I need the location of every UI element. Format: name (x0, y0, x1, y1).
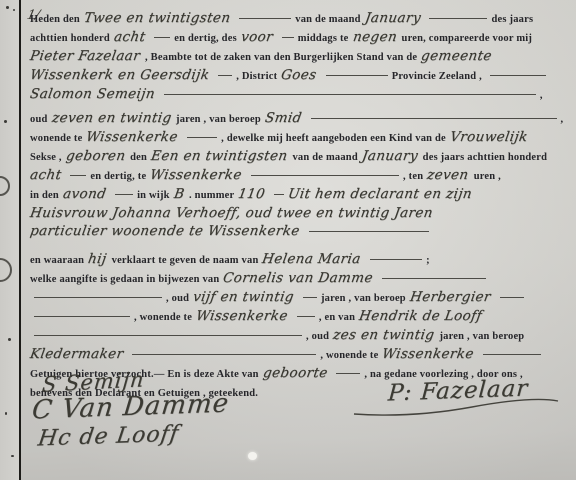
fill-rule (303, 295, 317, 298)
printed-text: , wonende te (134, 312, 192, 323)
printed-text: , dewelke mij heeft aangeboden een Kind … (221, 133, 446, 144)
printed-text: oud (30, 114, 48, 125)
deed-line: achttien honderdachten dertig, desvoormi… (30, 28, 570, 47)
deed-line: en waaraanhijverklaart te geven de naam … (30, 250, 570, 269)
fill-rule (70, 173, 86, 176)
fill-rule (297, 314, 315, 317)
handwritten-entry: Wissenkerke (195, 308, 289, 325)
printed-text: en dertig, te (90, 171, 146, 182)
printed-text: en dertig, des (174, 33, 237, 44)
handwritten-entry: Smid (264, 110, 303, 127)
fill-rule (115, 192, 133, 195)
fill-rule (274, 192, 284, 195)
handwritten-entry: avond (62, 186, 108, 203)
fill-rule (34, 333, 302, 336)
fill-rule (483, 352, 541, 355)
fill-rule (382, 276, 486, 279)
fill-rule (429, 16, 487, 19)
handwritten-entry: Salomon Semeijn (29, 86, 157, 103)
handwritten-entry: Wissenkerke (85, 129, 179, 146)
handwritten-entry: geboren (64, 148, 126, 165)
printed-text: wonende te (30, 133, 82, 144)
deed-line: in denavondin wijkB. nummer110Uit hem de… (30, 185, 570, 204)
fill-rule (370, 257, 422, 260)
handwritten-entry: Twee en twintigsten (83, 10, 232, 27)
fill-rule (500, 295, 524, 298)
printed-text: , wonende te (320, 350, 378, 361)
printed-text: , oud (166, 293, 189, 304)
deed-line: , wonende teWissenkerke, en vanHendrik d… (30, 307, 570, 326)
handwritten-entry: Herbergier (409, 289, 492, 306)
scan-speck (11, 455, 14, 457)
fill-rule (218, 73, 232, 76)
printed-text: , ten (403, 171, 423, 182)
handwritten-entry: acht (29, 167, 63, 184)
fill-rule (282, 35, 294, 38)
deed-line: achten dertig, teWissenkerke, tenzevenur… (30, 166, 570, 185)
printed-text: den (130, 152, 147, 163)
handwritten-entry: Uit hem declarant en zijn (287, 186, 474, 203)
handwritten-entry: gemeente (420, 48, 493, 65)
printed-text: jaren , van beroep (439, 331, 524, 342)
handwritten-entry: 110 (237, 186, 267, 203)
handwritten-entry: zes en twintig (332, 327, 436, 344)
handwritten-entry: Een en twintigsten (150, 148, 289, 165)
handwritten-entry: Helena Maria (261, 251, 362, 268)
deed-line: Sekse ,geborendenEen en twintigstenvan d… (30, 147, 570, 166)
printed-text: , (561, 114, 564, 125)
printed-text: des jaars (491, 14, 533, 25)
handwritten-entry: Wissenkerke (381, 346, 475, 363)
fill-rule (309, 229, 429, 232)
document-left-border (19, 0, 21, 480)
scan-speck (5, 412, 7, 415)
handwritten-entry: Cornelis van Damme (222, 270, 374, 287)
deed-line: Kledermaker, wonende teWissenkerke (30, 345, 570, 364)
handwritten-entry: acht (113, 29, 147, 46)
handwritten-entry: January (361, 148, 419, 165)
fill-rule (34, 295, 162, 298)
signature-witness-2: Hc de Looff (36, 421, 180, 451)
fill-rule (336, 371, 360, 374)
signature-flourish (352, 398, 562, 420)
deed-line: Huisvrouw Johanna Verhoeff, oud twee en … (30, 204, 570, 222)
fill-rule (34, 314, 130, 317)
fill-rule (251, 173, 399, 176)
handwritten-entry: Huisvrouw Johanna Verhoeff, oud twee en … (29, 205, 434, 222)
deed-line: welke aangifte is gedaan in bijwezen van… (30, 269, 570, 288)
handwritten-entry: vijf en twintig (192, 289, 295, 306)
fill-rule (490, 73, 546, 76)
paper-blot (248, 452, 257, 460)
handwritten-entry: zeven (426, 167, 470, 184)
handwritten-entry: hij (87, 251, 108, 268)
handwritten-entry: January (363, 10, 421, 27)
deed-line: Salomon Semeijn, (30, 85, 570, 104)
fill-rule (132, 352, 316, 355)
printed-text: uren , (474, 171, 501, 182)
deed-line: , oudvijf en twintigjaren , van beroepHe… (30, 288, 570, 307)
deed-line: particulier woonende te Wissenkerke (30, 222, 570, 240)
handwritten-entry: particulier woonende te Wissenkerke (29, 223, 301, 240)
scan-speck (13, 9, 15, 11)
handwritten-entry: Goes (280, 67, 318, 84)
printed-text: uren, compareerde voor mij (402, 33, 533, 44)
scan-edge-strip (0, 0, 19, 480)
printed-text: welke aangifte is gedaan in bijwezen van (30, 274, 219, 285)
printed-text: , en van (319, 312, 355, 323)
printed-text: verklaart te geven de naam van (112, 255, 259, 266)
printed-text: , (540, 90, 543, 101)
printed-text: , Beambte tot de zaken van den Burgerlij… (145, 52, 417, 63)
fill-rule (164, 92, 536, 95)
printed-text: en waaraan (30, 255, 84, 266)
handwritten-entry: geboorte (261, 365, 328, 382)
handwritten-entry: voor (240, 29, 275, 46)
printed-text: in den (30, 190, 59, 201)
printed-text: jaren , van beroep (321, 293, 406, 304)
handwritten-entry: B (172, 186, 185, 203)
printed-text: in wijk (137, 190, 170, 201)
handwritten-entry: Vrouwelijk (449, 129, 529, 146)
handwritten-entry: Pieter Fazelaar (29, 48, 142, 65)
deed-line: Heden denTwee en twintigstenvan de maand… (30, 9, 570, 28)
printed-text: van de maand (295, 14, 360, 25)
deed-line: Pieter Fazelaar, Beambte tot de zaken va… (30, 47, 570, 66)
handwritten-entry: Kledermaker (29, 346, 125, 363)
handwritten-entry: Wissenkerk en Geersdijk (29, 67, 211, 84)
deed-line: Wissenkerk en Geersdijk, DistrictGoesPro… (30, 66, 570, 85)
printed-text: . nummer (189, 190, 234, 201)
deed-line: wonende teWissenkerke, dewelke mij heeft… (30, 128, 570, 147)
handwritten-entry: zeven en twintig (50, 110, 172, 127)
deed-line: oudzeven en twintigjaren , van beroepSmi… (30, 109, 570, 128)
fill-rule (187, 135, 217, 138)
fill-rule (239, 16, 291, 19)
deed-line: , oudzes en twintigjaren , van beroep (30, 326, 570, 345)
printed-text: Provincie Zeeland , (392, 71, 482, 82)
printed-text: van de maand (292, 152, 357, 163)
printed-text: achttien honderd (30, 33, 110, 44)
printed-text: ; (426, 255, 430, 266)
scan-speck (4, 120, 7, 123)
scan-speck (6, 6, 9, 9)
fill-rule (311, 116, 557, 119)
printed-text: Sekse , (30, 152, 62, 163)
fill-rule (326, 73, 388, 76)
printed-text: Heden den (30, 14, 80, 25)
deed-body: Heden denTwee en twintigstenvan de maand… (30, 9, 570, 402)
scan-speck (8, 338, 11, 341)
printed-text: jaren , van beroep (176, 114, 261, 125)
printed-text: des jaars achttien honderd (423, 152, 548, 163)
printed-text: , District (236, 71, 277, 82)
printed-text: , oud (306, 331, 329, 342)
handwritten-entry: Hendrik de Looff (358, 308, 484, 325)
handwritten-entry: Wissenkerke (149, 167, 243, 184)
handwritten-entry: negen (351, 29, 398, 46)
fill-rule (154, 35, 170, 38)
printed-text: middags te (298, 33, 349, 44)
